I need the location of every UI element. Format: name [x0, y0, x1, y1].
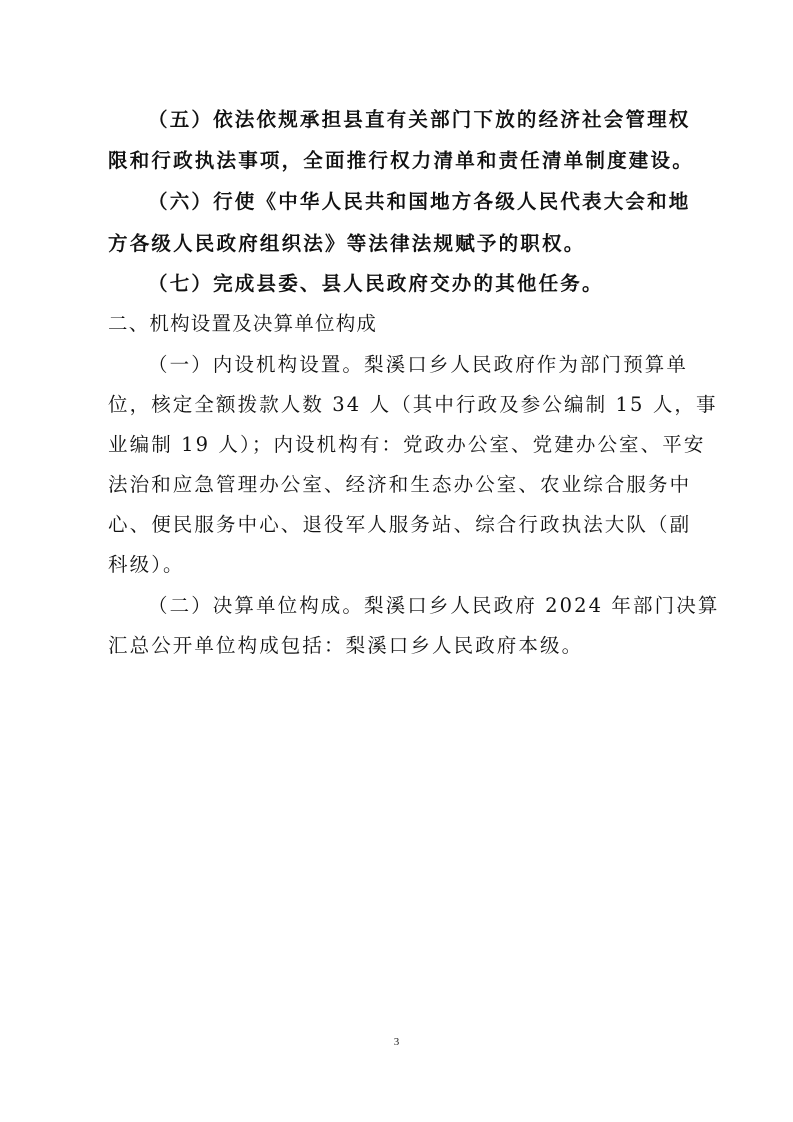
- duty-item-5-line-2: 限和行政执法事项，全面推行权力清单和责任清单制度建设。: [108, 141, 685, 181]
- duty-item-5-line-1: （五）依法依规承担县直有关部门下放的经济社会管理权: [148, 100, 685, 140]
- page-number: 3: [0, 1036, 793, 1048]
- paragraph-1-line-3: 业编制 19 人）；内设机构有：党政办公室、党建办公室、平安: [108, 425, 685, 465]
- paragraph-1-line-1: （一）内设机构设置。梨溪口乡人民政府作为部门预算单: [148, 345, 685, 385]
- paragraph-1-line-4: 法治和应急管理办公室、经济和生态办公室、农业综合服务中: [108, 465, 685, 505]
- duty-item-6-line-2: 方各级人民政府组织法》等法律法规赋予的职权。: [108, 224, 585, 264]
- paragraph-2-line-1: （二）决算单位构成。梨溪口乡人民政府 2024 年部门决算: [148, 586, 685, 626]
- paragraph-1-line-5: 心、便民服务中心、退役军人服务站、综合行政执法大队（副: [108, 505, 685, 545]
- duty-item-6-line-1: （六）行使《中华人民共和国地方各级人民代表大会和地: [148, 182, 685, 222]
- section-heading: 二、机构设置及决算单位构成: [108, 304, 377, 344]
- paragraph-1-line-6: 科级）。: [108, 545, 185, 585]
- paragraph-1-line-2: 位，核定全额拨款人数 34 人（其中行政及参公编制 15 人，事: [108, 385, 685, 425]
- paragraph-2-line-2: 汇总公开单位构成包括：梨溪口乡人民政府本级。: [108, 626, 583, 666]
- duty-item-7-line-1: （七）完成县委、县人民政府交办的其他任务。: [148, 264, 604, 304]
